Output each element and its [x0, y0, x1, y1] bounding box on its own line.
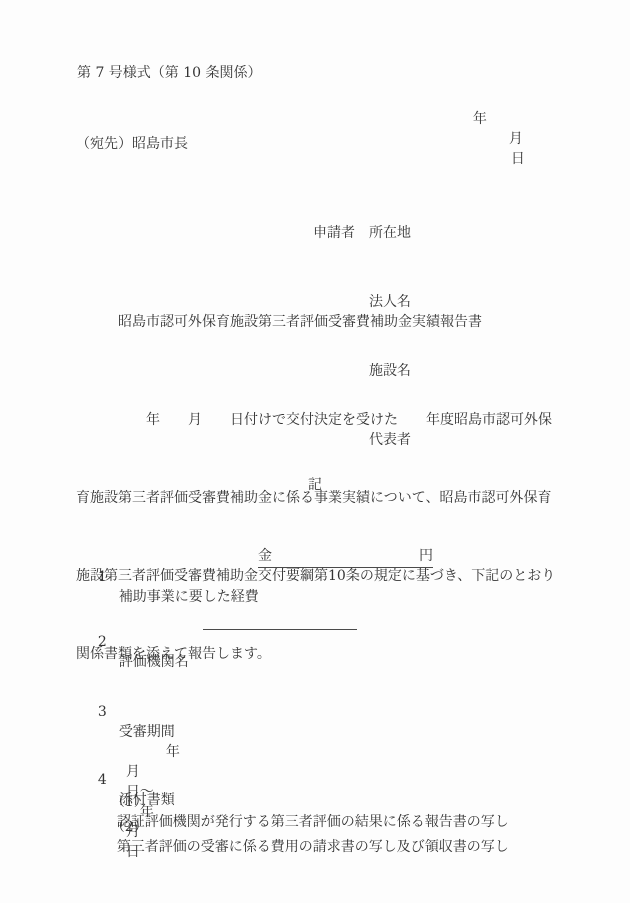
item-evaluator-number: 2 [98, 632, 107, 652]
attachment-subitem-2-text: 第三者評価の受審に係る費用の請求書の写し及び領収書の写し [117, 839, 509, 855]
attachment-subitem-2: （2） 第三者評価の受審に係る費用の請求書の写し及び領収書の写し [93, 797, 509, 877]
applicant-field-address: 所在地 [369, 222, 411, 245]
item-expenses-number: 1 [98, 567, 107, 587]
header-date-month-label: 月 [509, 131, 523, 147]
item-evaluator-label: 評価機関名 [119, 654, 189, 670]
document-title: 昭島市認可外保育施設第三者評価受審費補助金実績報告書 [118, 312, 482, 332]
amount-suffix-label: 円 [419, 547, 433, 567]
body-line-1: 年 月 日付けで交付決定を受けた 年度昭島市認可外保 [76, 407, 566, 433]
item-period-number: 3 [98, 702, 107, 722]
amount-prefix-label: 金 [258, 547, 272, 567]
evaluator-name-blank-field [203, 612, 357, 630]
header-date-line: 年 月 日 [455, 89, 525, 189]
amount-blank-field: 金 円 [258, 547, 433, 568]
item-evaluator-row: 2 評価機関名 [80, 612, 189, 692]
document-page: 第 7 号様式（第 10 条関係） 年 月 日 （宛先）昭島市長 申請者 所在地… [0, 0, 630, 903]
header-date-year-label: 年 [473, 111, 487, 127]
applicant-label: 申請者 [313, 223, 355, 243]
addressee-line: （宛先）昭島市長 [76, 134, 188, 154]
record-heading: 記 [0, 475, 630, 495]
item-expenses-label: 補助事業に要した経費 [119, 589, 259, 605]
form-number: 第 7 号様式（第 10 条関係） [77, 63, 262, 83]
applicant-field-corporation: 法人名 [369, 291, 411, 314]
item-period-label: 受審期間 [119, 724, 175, 740]
header-date-day-label: 日 [511, 151, 525, 167]
attachment-subitem-2-number: （2） [111, 819, 148, 835]
